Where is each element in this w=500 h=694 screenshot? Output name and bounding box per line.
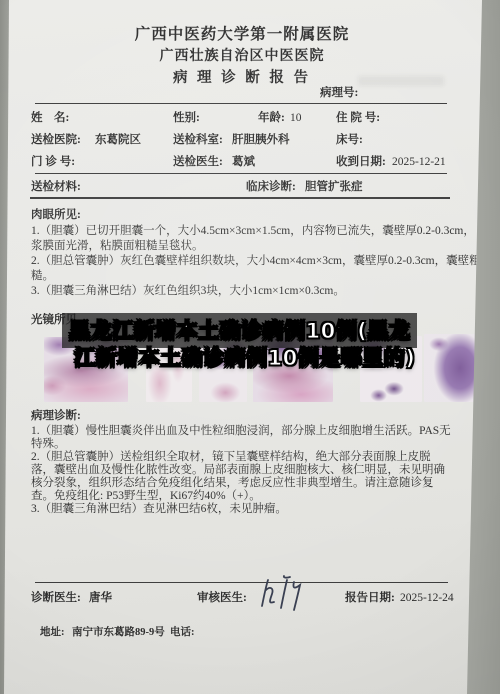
divider-footer <box>35 582 448 583</box>
diagnosis-line: 3.（胆囊三角淋巴结）查见淋巴结6枚，未见肿瘤。 <box>31 503 287 516</box>
report-date-label: 报告日期: <box>345 592 395 605</box>
age-label: 年龄: <box>258 112 285 125</box>
bed-no-label: 床号: <box>336 134 363 147</box>
gross-line: 3.（胆囊三角淋巴结）灰红色组织3块，大小1cm×1cm×0.3cm。 <box>31 284 345 299</box>
send-hospital-label: 送检医院: <box>31 134 81 147</box>
divider-info <box>35 173 447 174</box>
clinical-dx-value: 胆管扩张症 <box>305 181 363 194</box>
report-date-value: 2025-12-24 <box>400 592 454 605</box>
send-doctor-label: 送检医生: <box>173 156 223 169</box>
diagnosis-heading: 病理诊断: <box>31 410 81 423</box>
faint-stamp-mark <box>358 76 444 86</box>
diagnosis-line: 落，囊壁出血及慢性化脓性改变。局部表面腺上皮细胞核大、核仁明显，未见明确 <box>31 464 445 477</box>
send-hospital-value: 东葛院区 <box>95 134 141 147</box>
overlay-headline-line2: 江新增本土确诊病例10例是哪里的) <box>74 342 415 372</box>
send-dept-value: 肝胆胰外科 <box>232 134 290 147</box>
clinical-dx-label: 临床诊断: <box>246 181 296 194</box>
gross-heading: 肉眼所见: <box>31 209 81 222</box>
received-date-value: 2025-12-21 <box>392 156 446 169</box>
send-dept-label: 送检科室: <box>173 134 223 147</box>
received-date-label: 收到日期: <box>336 156 386 169</box>
diagnosis-line: 1.（胆囊）慢性胆囊炎伴出血及中性粒细胞浸润，部分腺上皮细胞增生活跃。PAS无 <box>31 425 451 438</box>
divider-top <box>35 103 447 104</box>
diagnosis-line: 2.（胆总管囊肿）送检组织全取材，镜下呈囊壁样结构，绝大部分表面腺上皮脱 <box>31 451 431 464</box>
gross-line: 浆膜面光滑，粘膜面粗糙呈毯状。 <box>31 239 204 254</box>
pathology-no-label: 病理号: <box>320 87 358 100</box>
diagnosis-line: 特殊。 <box>31 438 66 451</box>
material-label: 送检材料: <box>31 181 81 194</box>
address-value: 南宁市东葛路89-9号 <box>72 624 165 639</box>
divider-material <box>30 197 450 199</box>
hospital-name-line1: 广西中医药大学第一附属医院 <box>0 22 484 44</box>
report-paper: 广西中医药大学第一附属医院 广西壮族自治区中医医院 病 理 诊 断 报 告 病理… <box>0 0 500 694</box>
send-doctor-value: 葛斌 <box>232 156 255 169</box>
name-label: 姓 名: <box>31 112 69 125</box>
gender-label: 性别: <box>173 112 200 125</box>
review-doctor-label: 审核医生: <box>197 592 247 605</box>
hospital-name-line2: 广西壮族自治区中医医院 <box>0 45 484 65</box>
diagnosing-doctor-label: 诊断医生: <box>31 592 81 605</box>
diagnosis-line: 查。免疫组化: P53野生型，Ki67约40%（+）。 <box>31 490 261 503</box>
gross-line: 1.（胆囊）已切开胆囊一个，大小4.5cm×3cm×1.5cm，内容物已流失，囊… <box>31 224 475 239</box>
diagnosing-doctor-value: 唐华 <box>89 592 112 605</box>
age-value: 10 <box>290 112 302 125</box>
admission-no-label: 住 院 号: <box>336 112 380 125</box>
address-label: 地址: <box>40 624 65 639</box>
outpatient-no-label: 门 诊 号: <box>31 156 75 169</box>
phone-label: 电话: <box>170 624 195 639</box>
gross-line: 糙。 <box>31 269 54 284</box>
reviewer-signature <box>254 572 318 614</box>
diagnosis-line: 核分裂象，组织形态结合免疫组化结果，考虑反应性非典型增生。请注意随诊复 <box>31 477 434 490</box>
gross-line: 2.（胆总管囊肿）灰红色囊壁样组织数块，大小4cm×4cm×3cm，囊壁厚0.2… <box>31 254 481 269</box>
